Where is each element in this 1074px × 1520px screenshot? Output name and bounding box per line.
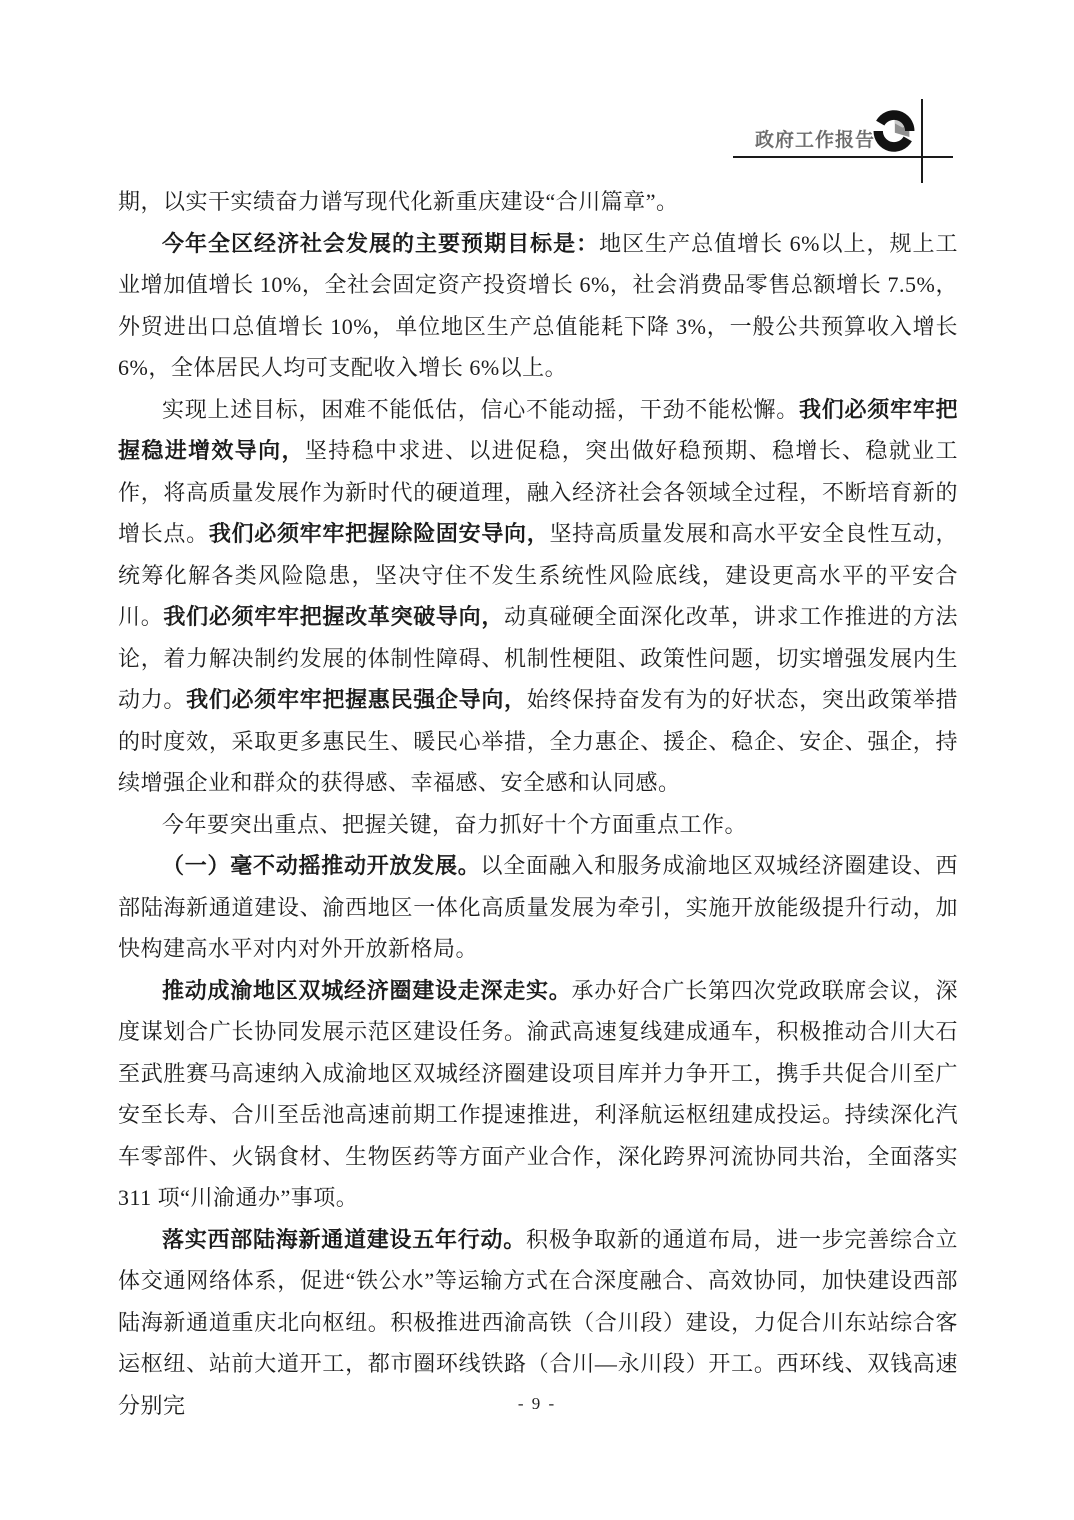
bold-lead-text: 今年全区经济社会发展的主要预期目标是： (162, 231, 599, 256)
bold-lead-text: 我们必须牢牢把握惠民强企导向， (186, 687, 527, 712)
paragraph: 今年全区经济社会发展的主要预期目标是：地区生产总值增长 6%以上，规上工业增加值… (118, 223, 958, 389)
paragraph: 今年要突出重点、把握关键，奋力抓好十个方面重点工作。 (118, 804, 958, 846)
bold-lead-text: 我们必须牢牢把握除险固安导向， (209, 521, 550, 546)
text-run: 承办好合广长第四次党政联席会议，深度谋划合广长协同发展示范区建设任务。渝武高速复… (118, 978, 958, 1211)
paragraph: 实现上述目标，困难不能低估，信心不能动摇，干劲不能松懈。我们必须牢牢把握稳进增效… (118, 389, 958, 804)
document-body: 期，以实干实绩奋力谱写现代化新重庆建设“合川篇章”。今年全区经济社会发展的主要预… (118, 181, 958, 1426)
paragraph: 推动成渝地区双城经济圈建设走深走实。承办好合广长第四次党政联席会议，深度谋划合广… (118, 970, 958, 1219)
paragraph: 期，以实干实绩奋力谱写现代化新重庆建设“合川篇章”。 (118, 181, 958, 223)
report-logo-swirl-icon (868, 108, 920, 154)
header-title: 政府工作报告 (755, 125, 875, 152)
text-run: 今年要突出重点、把握关键，奋力抓好十个方面重点工作。 (162, 812, 747, 837)
text-run: 积极争取新的通道布局，进一步完善综合立体交通网络体系，促进“铁公水”等运输方式在… (118, 1227, 958, 1418)
paragraph: （一）毫不动摇推动开放发展。以全面融入和服务成渝地区双城经济圈建设、西部陆海新通… (118, 845, 958, 970)
bold-lead-text: 我们必须牢牢把握改革突破导向， (163, 604, 504, 629)
text-run: 期，以实干实绩奋力谱写现代化新重庆建设“合川篇章”。 (118, 189, 679, 214)
bold-lead-text: 推动成渝地区双城经济圈建设走深走实。 (162, 978, 572, 1003)
document-page: 政府工作报告 期，以实干实绩奋力谱写现代化新重庆建设“合川篇章”。今年全区经济社… (0, 0, 1074, 1520)
bold-lead-text: 落实西部陆海新通道建设五年行动。 (162, 1227, 526, 1252)
header-rule-horizontal (733, 156, 953, 158)
text-run: 实现上述目标，困难不能低估，信心不能动摇，干劲不能松懈。 (162, 397, 799, 422)
bold-lead-text: （一）毫不动摇推动开放发展。 (162, 853, 481, 878)
header-rule-vertical (921, 99, 923, 183)
page-number: - 9 - (0, 1394, 1074, 1414)
